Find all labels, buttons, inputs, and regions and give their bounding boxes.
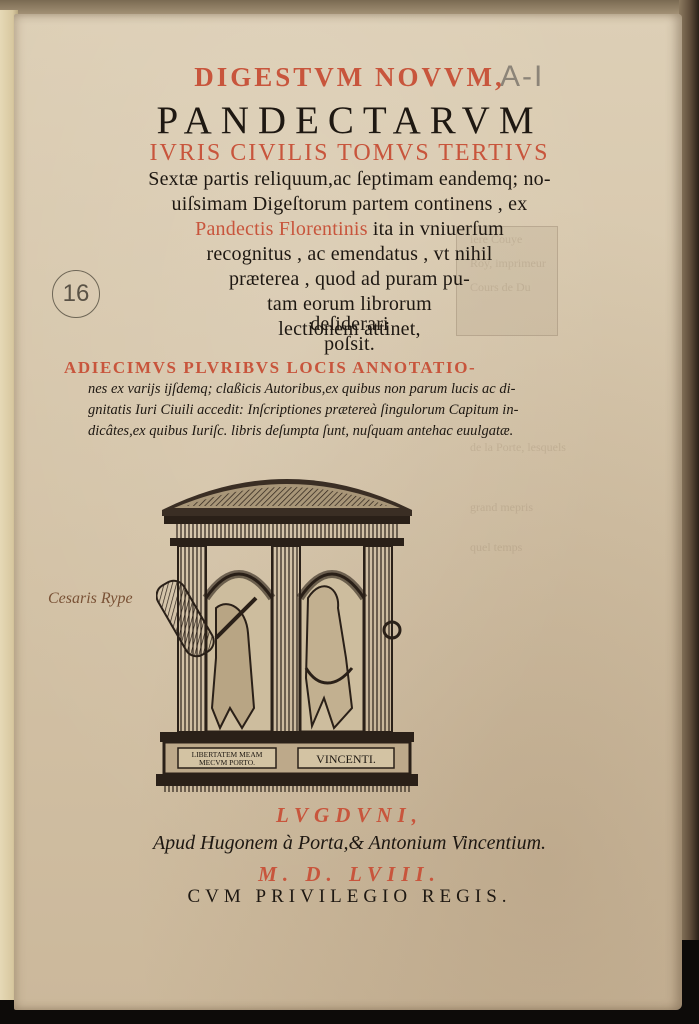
additions-line: nes ex varijs ijſdemq; claßicis Autoribu… bbox=[88, 381, 515, 398]
show-through-text: de la Porte, lesquels bbox=[470, 440, 566, 455]
description-line: recognitus , ac emendatus , vt nihil bbox=[0, 243, 699, 266]
show-through-text: quel temps bbox=[470, 540, 522, 555]
additions-heading: ADIECIMVS PLVRIBVS LOCIS ANNOTATIO- bbox=[64, 358, 476, 378]
title-line-digestum: DIGESTVM NOVVM, bbox=[0, 62, 699, 93]
manuscript-signature: Cesaris Rype bbox=[48, 590, 133, 608]
printers-device-woodcut: LIBERTATEM MEAM MECVM PORTO. VINCENTI. bbox=[156, 458, 418, 794]
imprint-place: LVGDVNI, bbox=[0, 803, 699, 828]
description-line: Sextæ partis reliquum,ac ſeptimam eandem… bbox=[0, 168, 699, 191]
imprint-printers: Apud Hugonem à Porta,& Antonium Vincenti… bbox=[0, 832, 699, 855]
additions-line: gnitatis Iuri Ciuili accedit: Inſcriptio… bbox=[88, 402, 518, 419]
pandectis-florentinis-rubric: Pandectis Florentinis bbox=[195, 218, 368, 240]
description-line: præterea , quod ad puram pu- bbox=[0, 268, 699, 291]
device-motto-right: VINCENTI. bbox=[316, 752, 376, 766]
show-through-text: grand mepris bbox=[470, 500, 533, 515]
imprint-year: M. D. LVIII. bbox=[0, 862, 699, 887]
woodcut-arch-icon: LIBERTATEM MEAM MECVM PORTO. VINCENTI. bbox=[156, 458, 418, 794]
device-motto-left: MECVM PORTO. bbox=[199, 758, 255, 767]
description-line: Pandectis Florentinis ita in vniuerſum bbox=[0, 218, 699, 241]
imprint-privilege: CVM PRIVILEGIO REGIS. bbox=[0, 886, 699, 908]
title-line-iuris-civilis: IVRIS CIVILIS TOMVS TERTIVS bbox=[0, 140, 699, 167]
title-line-pandectarum: PANDECTARVM bbox=[0, 98, 699, 143]
description-line: uiſsimam Digeſtorum partem continens , e… bbox=[0, 193, 699, 216]
description-line: poſsit. bbox=[0, 333, 699, 356]
additions-line: dicâtes,ex quibus Iuriſc. libris deſumpt… bbox=[88, 423, 513, 440]
